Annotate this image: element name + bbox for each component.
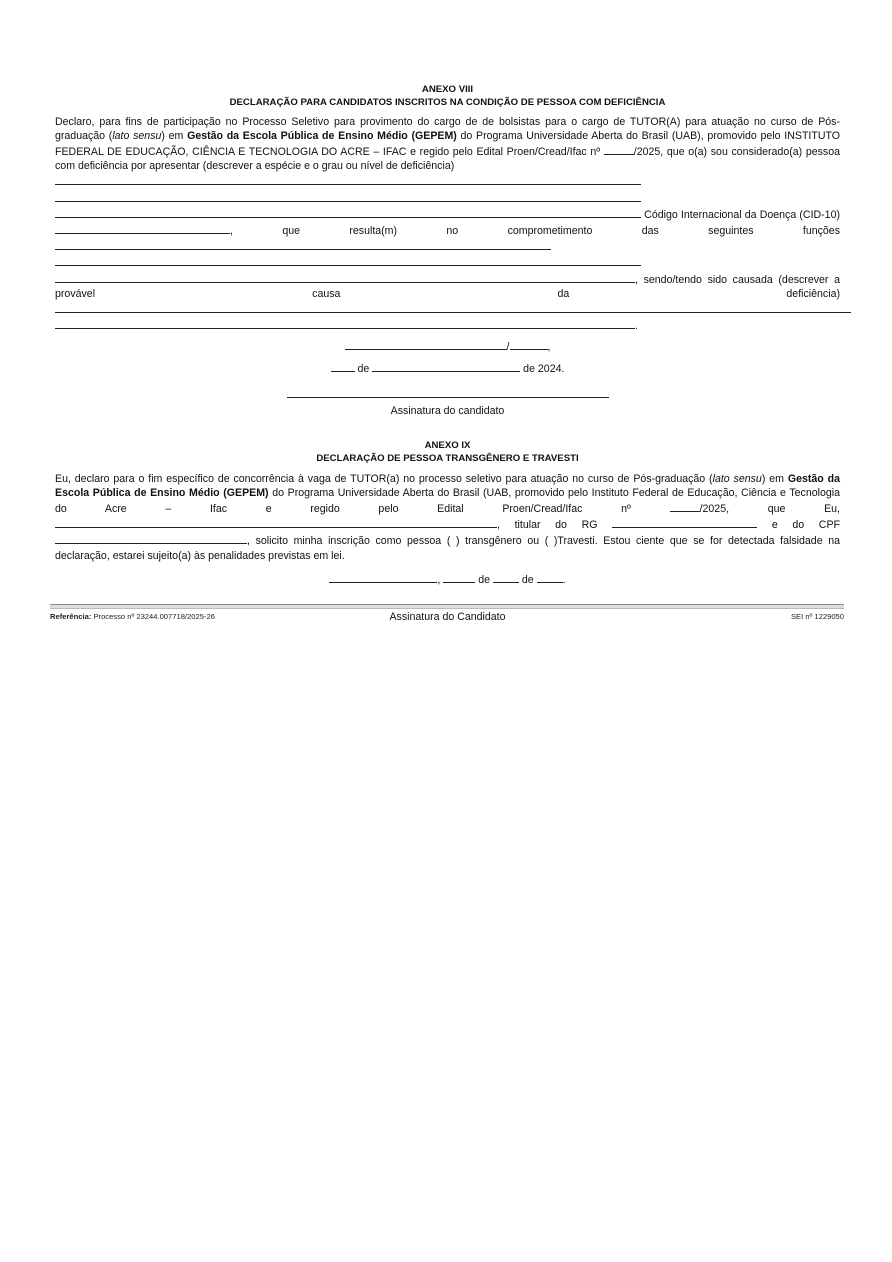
reference-value: Processo nº 23244.007718/2025-26 [91,612,215,621]
declaration-text: ) em [762,473,788,485]
date-row: de de 2024. [55,360,840,376]
annex-viii-heading: ANEXO VIII [55,84,840,97]
functions-line-2[interactable] [55,254,840,270]
functions-line-3[interactable] [55,271,635,283]
cause-line-2: . [55,317,840,333]
period: . [563,574,566,586]
comma: , [548,341,551,353]
name-blank[interactable] [55,516,497,528]
date-text: de [519,574,537,586]
rg-blank[interactable] [612,516,757,528]
edital-number-blank[interactable] [604,143,634,155]
city-blank[interactable] [329,571,437,583]
deficiency-description-line-3[interactable] [55,206,641,218]
annex-ix-declaration: Eu, declaro para o fim específico de con… [55,472,840,563]
annex-ix-heading: ANEXO IX [55,440,840,453]
annex-ix-subheading: DECLARAÇÃO DE PESSOA TRANSGÊNERO E TRAVE… [55,453,840,466]
edital-number-blank[interactable] [670,500,700,512]
month-blank[interactable] [372,360,520,372]
footer-divider [50,604,844,609]
document-page: ANEXO VIII DECLARAÇÃO PARA CANDIDATOS IN… [55,84,840,624]
deficiency-description-line-1[interactable] [55,173,840,189]
signature-line[interactable] [55,386,840,398]
page-footer: Referência: Processo nº 23244.007718/202… [50,604,844,621]
date-row-ix: , de de . [55,571,840,587]
rg-text: , titular do RG [497,519,612,531]
month-blank[interactable] [493,571,519,583]
cid-text: Código Internacional da Doença (CID-10) [641,209,840,221]
period: . [635,320,638,332]
signature-label: Assinatura do candidato [55,404,840,418]
italic-text: lato sensu [713,473,762,485]
annex-viii-subheading: DECLARAÇÃO PARA CANDIDATOS INSCRITOS NA … [55,97,840,110]
cpf-blank[interactable] [55,532,247,544]
cause-row: , sendo/tendo sido causada (descrever a … [55,271,840,301]
state-blank[interactable] [510,338,548,350]
place-row: /, [55,338,840,354]
declaration-text: Eu, declaro para o fim específico de con… [55,473,713,485]
functions-text: , que resulta(m) no comprometimento das … [230,225,840,237]
date-text: de [355,363,373,375]
sei-number: SEI nº 1229050 [791,612,844,621]
annex-viii-declaration: Declaro, para fins de participação no Pr… [55,115,840,174]
day-blank[interactable] [443,571,475,583]
declaration-text: ) em [161,130,187,142]
cpf-text: e do CPF [757,519,840,531]
italic-text: lato sensu [112,130,161,142]
declaration-text: /2025, que Eu, [700,503,840,515]
date-text: de [475,574,493,586]
process-reference: Referência: Processo nº 23244.007718/202… [50,612,215,621]
cid-row: Código Internacional da Doença (CID-10) … [55,206,840,238]
city-blank[interactable] [345,338,507,350]
year-blank[interactable] [537,571,563,583]
date-year: de 2024. [520,363,564,375]
cause-line-1[interactable] [55,301,840,317]
cause-blank[interactable] [55,317,635,329]
cid-code-blank[interactable] [55,222,230,234]
functions-line-1[interactable] [55,238,840,254]
deficiency-description-line-2[interactable] [55,190,840,206]
day-blank[interactable] [331,360,355,372]
course-name: Gestão da Escola Pública de Ensino Médio… [187,130,457,142]
reference-label: Referência: [50,612,91,621]
